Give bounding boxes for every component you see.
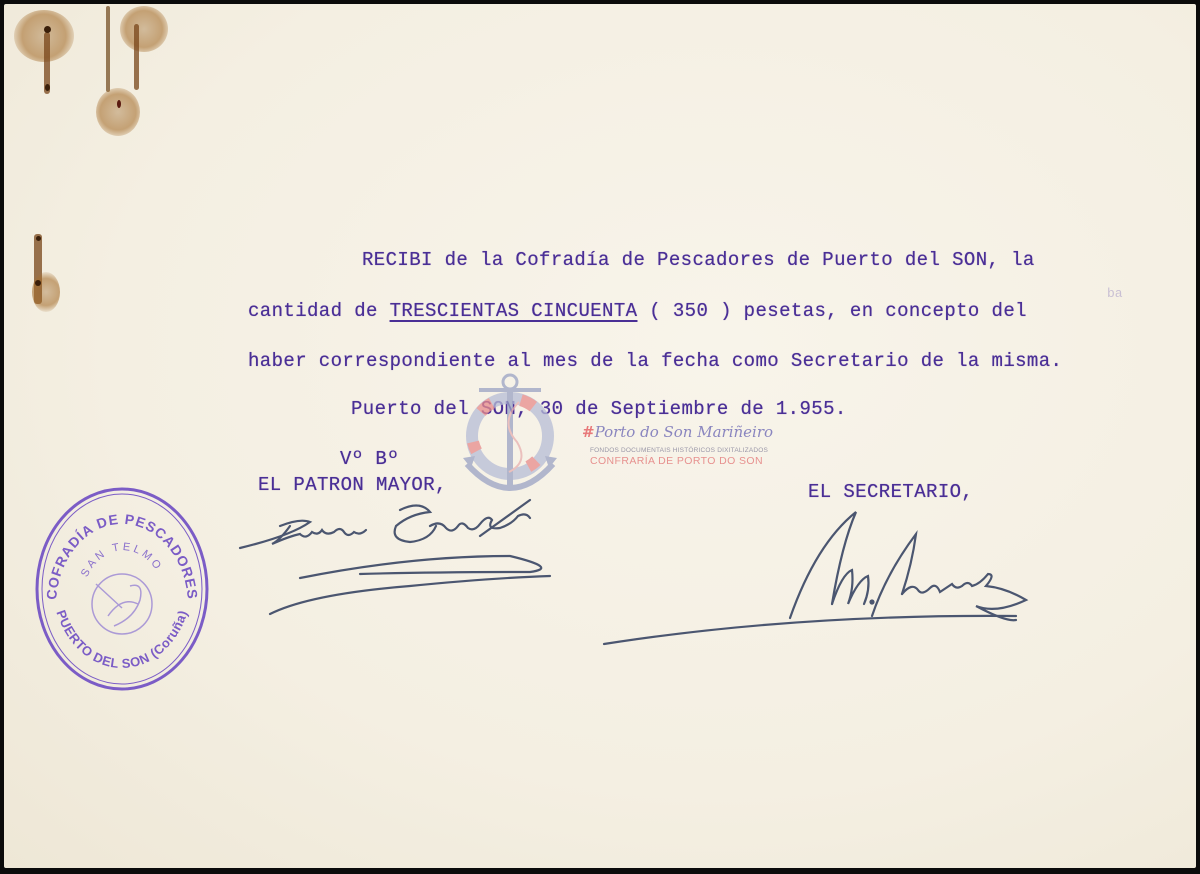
document-page: ba RECIBI de la Cofradía de Pescadores d… (4, 4, 1196, 868)
body-line-2: cantidad de TRESCIENTAS CINCUENTA ( 350 … (248, 300, 1027, 322)
hash-icon: # (582, 423, 595, 441)
line-2-prefix: cantidad de (248, 300, 390, 322)
body-line-1: RECIBI de la Cofradía de Pescadores de P… (362, 249, 1035, 271)
body-line-3: haber correspondiente al mes de la fecha… (248, 350, 1062, 372)
amount-words: TRESCIENTAS CINCUENTA (390, 300, 638, 322)
line-2-suffix: ( 350 ) pesetas, en concepto del (637, 300, 1026, 322)
svg-text:PUERTO DEL SON (Coruña): PUERTO DEL SON (Coruña) (53, 608, 190, 671)
watermark-org: CONFRARÍA DE PORTO DO SON (590, 455, 763, 467)
cofradia-stamp: COFRADÍA DE PESCADORES PUERTO DEL SON (C… (34, 486, 210, 692)
secretary-signature (596, 504, 1036, 654)
secretary-title: EL SECRETARIO, (808, 481, 973, 503)
watermark-brand: #Porto do Son Mariñeiro (582, 423, 773, 441)
svg-text:COFRADÍA DE PESCADORES: COFRADÍA DE PESCADORES (43, 511, 201, 600)
vobo-label: Vº Bº (340, 448, 399, 470)
patron-mayor-signature (230, 496, 570, 626)
watermark-subtitle: FONDOS DOCUMENTAIS HISTÓRICOS DIXITALIZA… (590, 447, 768, 454)
faint-mark: ba (1107, 286, 1123, 301)
patron-mayor-title: EL PATRON MAYOR, (258, 474, 447, 496)
